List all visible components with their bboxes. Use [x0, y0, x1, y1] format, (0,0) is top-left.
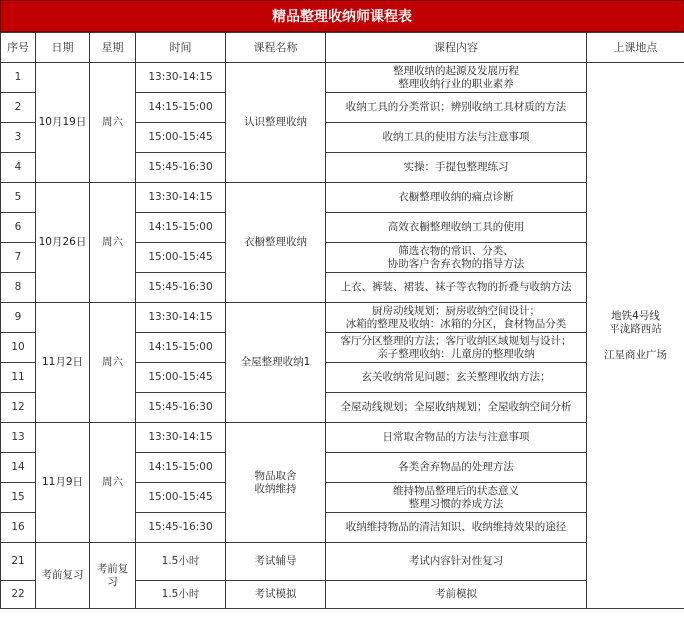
course-content-cell: 玄关收纳常见问题；玄关整理收纳方法； — [326, 363, 587, 393]
course-content-cell: 各类舍弃物品的处理方法 — [326, 453, 587, 483]
row-index: 15 — [1, 483, 36, 513]
course-content-cell: 实操：手提包整理练习 — [326, 153, 587, 183]
header-course-content: 课程内容 — [326, 33, 587, 63]
time-cell: 15:00-15:45 — [136, 243, 226, 273]
course-content-cell: 高效衣橱整理收纳工具的使用 — [326, 213, 587, 243]
row-index: 1 — [1, 63, 36, 93]
row-index: 21 — [1, 543, 36, 581]
course-content-cell: 考试内容针对性复习 — [326, 543, 587, 581]
time-cell: 14:15-15:00 — [136, 213, 226, 243]
row-index: 4 — [1, 153, 36, 183]
row-index: 3 — [1, 123, 36, 153]
row-index: 16 — [1, 513, 36, 543]
weekday-cell: 周六 — [90, 303, 136, 423]
course-content-cell: 收纳工具的使用方法与注意事项 — [326, 123, 587, 153]
time-cell: 15:00-15:45 — [136, 363, 226, 393]
course-content-cell: 全屋动线规划；全屋收纳规划；全屋收纳空间分析 — [326, 393, 587, 423]
weekday-cell: 周六 — [90, 183, 136, 303]
row-index: 8 — [1, 273, 36, 303]
course-content-cell: 厨房动线规划；厨房收纳空间设计； 冰箱的整理及收纳：冰箱的分区，食材物品分类 — [326, 303, 587, 333]
row-index: 2 — [1, 93, 36, 123]
course-name-cell: 衣橱整理收纳 — [226, 183, 326, 303]
time-cell: 15:45-16:30 — [136, 273, 226, 303]
course-content-cell: 整理收纳的起源及发展历程 整理收纳行业的职业素养 — [326, 63, 587, 93]
date-cell: 10月19日 — [36, 63, 90, 183]
time-cell: 13:30-14:15 — [136, 63, 226, 93]
course-name-cell: 认识整理收纳 — [226, 63, 326, 183]
header-time: 时间 — [136, 33, 226, 63]
header-index: 序号 — [1, 33, 36, 63]
row-index: 22 — [1, 581, 36, 609]
course-content-cell: 衣橱整理收纳的痛点诊断 — [326, 183, 587, 213]
schedule-title: 精品整理收纳师课程表 — [0, 0, 684, 32]
course-name-cell: 考试辅导 — [226, 543, 326, 581]
course-content-cell: 日常取舍物品的方法与注意事项 — [326, 423, 587, 453]
date-cell: 考前复习 — [36, 543, 90, 609]
table-row: 5 10月26日 周六 13:30-14:15 衣橱整理收纳 衣橱整理收纳的痛点… — [1, 183, 684, 213]
time-cell: 13:30-14:15 — [136, 303, 226, 333]
course-content-cell: 考前模拟 — [326, 581, 587, 609]
course-name-cell: 物品取舍 收纳维持 — [226, 423, 326, 543]
row-index: 5 — [1, 183, 36, 213]
row-index: 9 — [1, 303, 36, 333]
weekday-cell: 周六 — [90, 63, 136, 183]
row-index: 13 — [1, 423, 36, 453]
course-content-cell: 收纳维持物品的清洁知识、收纳维持效果的途径 — [326, 513, 587, 543]
time-cell: 15:45-16:30 — [136, 153, 226, 183]
row-index: 14 — [1, 453, 36, 483]
header-location: 上课地点 — [587, 33, 684, 63]
row-index: 12 — [1, 393, 36, 423]
weekday-cell: 周六 — [90, 423, 136, 543]
table-row: 13 11月9日 周六 13:30-14:15 物品取舍 收纳维持 日常取舍物品… — [1, 423, 684, 453]
time-cell: 14:15-15:00 — [136, 333, 226, 363]
course-content-cell: 上衣、裤装、裙装、袜子等衣物的折叠与收纳方法 — [326, 273, 587, 303]
time-cell: 14:15-15:00 — [136, 453, 226, 483]
date-cell: 11月9日 — [36, 423, 90, 543]
time-cell: 15:00-15:45 — [136, 123, 226, 153]
course-schedule-sheet: 精品整理收纳师课程表 序号 日期 星期 时间 课程名称 课程内容 上课地点 1 … — [0, 0, 684, 634]
row-index: 10 — [1, 333, 36, 363]
row-index: 11 — [1, 363, 36, 393]
course-name-cell: 考试模拟 — [226, 581, 326, 609]
course-content-cell: 维持物品整理后的状态意义 整理习惯的养成方法 — [326, 483, 587, 513]
header-course-name: 课程名称 — [226, 33, 326, 63]
table-row: 21 考前复习 考前复习 1.5小时 考试辅导 考试内容针对性复习 — [1, 543, 684, 581]
time-cell: 14:15-15:00 — [136, 93, 226, 123]
time-cell: 13:30-14:15 — [136, 183, 226, 213]
date-cell: 11月2日 — [36, 303, 90, 423]
time-cell: 1.5小时 — [136, 543, 226, 581]
row-index: 7 — [1, 243, 36, 273]
weekday-cell: 考前复习 — [90, 543, 136, 609]
header-date: 日期 — [36, 33, 90, 63]
header-weekday: 星期 — [90, 33, 136, 63]
course-name-cell: 全屋整理收纳1 — [226, 303, 326, 423]
course-content-cell: 收纳工具的分类常识；辨别收纳工具材质的方法 — [326, 93, 587, 123]
time-cell: 15:45-16:30 — [136, 513, 226, 543]
table-row: 1 10月19日 周六 13:30-14:15 认识整理收纳 整理收纳的起源及发… — [1, 63, 684, 93]
date-cell: 10月26日 — [36, 183, 90, 303]
time-cell: 1.5小时 — [136, 581, 226, 609]
location-cell: 地铁4号线 平泷路西站 江星商业广场 — [587, 63, 684, 609]
header-row: 序号 日期 星期 时间 课程名称 课程内容 上课地点 — [1, 33, 684, 63]
schedule-table: 序号 日期 星期 时间 课程名称 课程内容 上课地点 1 10月19日 周六 1… — [0, 32, 684, 609]
course-content-cell: 客厅分区整理的方法；客厅收纳区域规划与设计； 亲子整理收纳：儿童房的整理收纳 — [326, 333, 587, 363]
table-row: 9 11月2日 周六 13:30-14:15 全屋整理收纳1 厨房动线规划；厨房… — [1, 303, 684, 333]
row-index: 6 — [1, 213, 36, 243]
time-cell: 13:30-14:15 — [136, 423, 226, 453]
time-cell: 15:45-16:30 — [136, 393, 226, 423]
course-content-cell: 筛选衣物的常识、分类、 协助客户舍弃衣物的指导方法 — [326, 243, 587, 273]
time-cell: 15:00-15:45 — [136, 483, 226, 513]
